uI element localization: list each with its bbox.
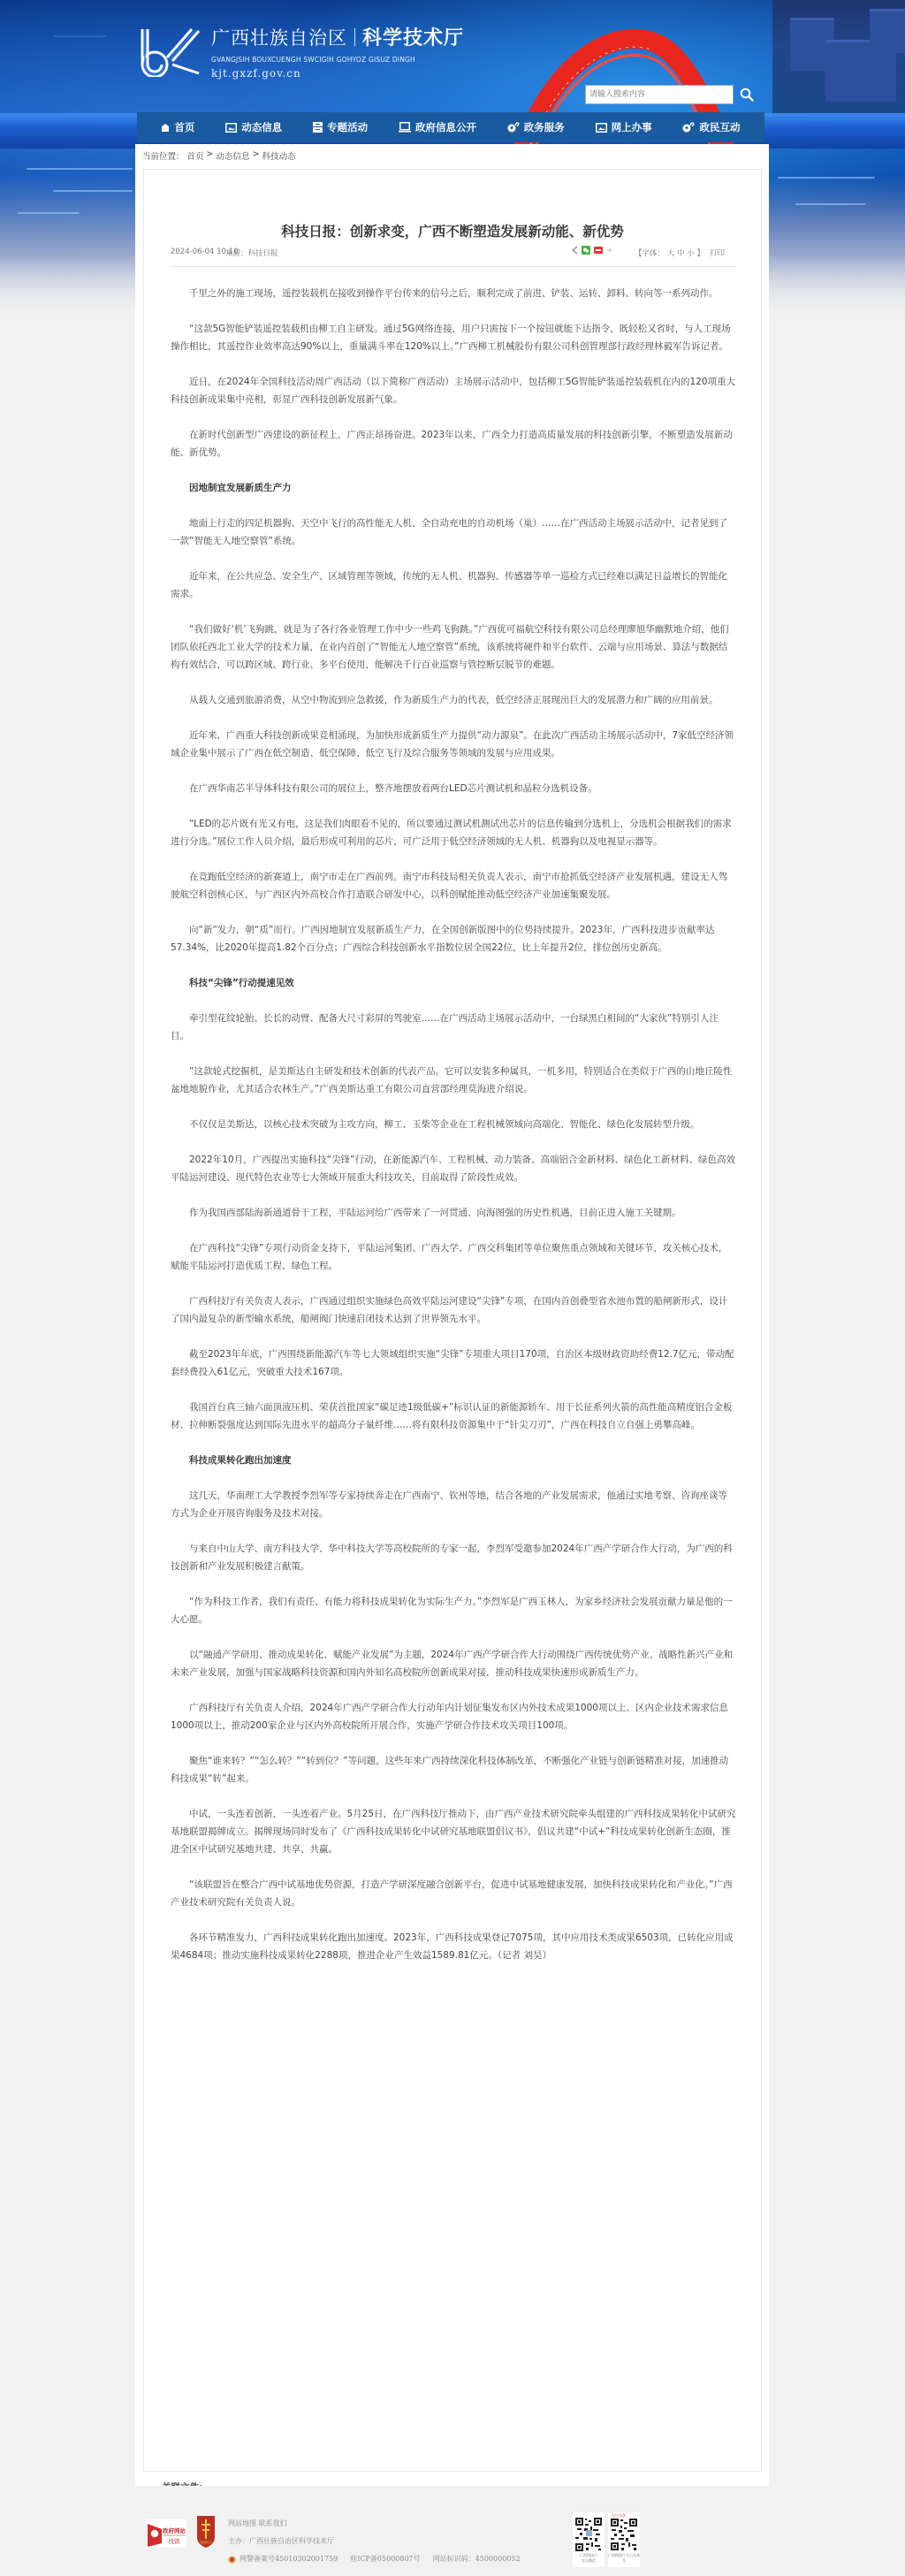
article-paragraph: 地面上行走的四足机器狗、天空中飞行的高性能无人机、全自动充电的自动机场（巢）……… — [171, 514, 736, 550]
breadcrumb-separator: > — [253, 149, 260, 162]
nav-item-interaction[interactable]: 政民互动 — [682, 120, 740, 134]
print-button[interactable]: 打印 — [710, 248, 725, 258]
nav-item-online-service[interactable]: 网上办事 — [596, 120, 652, 134]
article-container: 科技日报：创新求变，广西不断塑造发展新动能、新优势 2024-06-04 10:… — [143, 169, 762, 2472]
search-button[interactable] — [734, 85, 760, 104]
font-label: 【字体： — [635, 249, 665, 258]
breadcrumb: 当前位置： 首页 > 动态信息 > 科技动态 — [142, 149, 296, 162]
article-paragraph: 作为我国西部陆海新通道骨干工程，平陆运河给广西带来了一河贯通、向海图强的历史性机… — [171, 1204, 736, 1222]
sponsor-text: 主办：广西壮族自治区科学技术厅 — [228, 2533, 521, 2550]
party-emblem-icon: 党政机关 — [195, 2514, 217, 2549]
sitemap-link[interactable]: 网站地图 — [228, 2519, 256, 2527]
breadcrumb-prefix: 当前位置： — [142, 149, 185, 162]
article-paragraph: 千里之外的施工现场，遥控装载机在接收到操作平台传来的信号之后，顺利完成了前进、铲… — [171, 285, 736, 302]
article-paragraph: “该联盟旨在整合广西中试基地优势资源，打造产学研深度融合创新平台，促进中试基地健… — [171, 1876, 736, 1911]
svg-text:党政机关: 党政机关 — [200, 2540, 212, 2544]
font-label-close: 】 — [696, 249, 704, 258]
breadcrumb-home[interactable]: 首页 — [187, 149, 204, 162]
title-divider — [354, 28, 355, 46]
font-size-medium[interactable]: 中 — [677, 249, 685, 258]
qr-code-icon — [611, 2519, 637, 2550]
breadcrumb-separator: > — [207, 149, 214, 162]
article-body: 千里之外的施工现场，遥控装载机在接收到操作平台传来的信号之后，顺利完成了前进、铲… — [171, 285, 736, 1982]
qr-code-icon — [575, 2516, 602, 2551]
service-icon — [682, 122, 695, 133]
nav-item-home[interactable]: 首页 — [161, 120, 194, 134]
nav-item-news[interactable]: 动态信息 — [225, 120, 282, 134]
article-paragraph: 这几天，华南理工大学教授李烈军等专家持续奔走在广西南宁、钦州等地，结合各地的产业… — [171, 1487, 736, 1522]
search-icon — [740, 88, 754, 102]
article-paragraph: 近年来，在公共应急、安全生产、区域管理等领域，传统的无人机、机器狗、传感器等单一… — [171, 568, 736, 603]
article-paragraph: 近日，在2024年全国科技活动周广西活动（以下简称广西活动）主场展示活动中，包括… — [171, 373, 736, 408]
font-size-control: 【字体： 大 中 小 】 — [635, 248, 704, 258]
find-error-badge[interactable]: 政府网站 找错 — [145, 2519, 187, 2549]
site-url: kjt.gxzf.gov.cn — [211, 67, 464, 80]
site-id-text: 网站标识码：4500000052 — [433, 2550, 521, 2568]
main-panel: 当前位置： 首页 > 动态信息 > 科技动态 科技日报：创新求变，广西不断塑造发… — [135, 144, 769, 2486]
svg-text:找错: 找错 — [169, 2537, 181, 2545]
nav-item-label: 专题活动 — [327, 120, 368, 134]
wechat-icon[interactable] — [582, 246, 590, 255]
party-gov-badge[interactable]: 党政机关 — [195, 2514, 217, 2549]
article-paragraph: “这款5G智能铲装遥控装载机由柳工自主研发。通过5G网络连接，用户只需按下一个按… — [171, 320, 736, 355]
article-paragraph: 中试，一头连着创新，一头连着产业。5月25日，在广西科技厅推动下，由广西产业技术… — [171, 1805, 736, 1858]
contact-link[interactable]: 联系我们 — [259, 2519, 287, 2527]
svg-text:政府网站: 政府网站 — [163, 2526, 186, 2534]
nav-item-label: 网上办事 — [612, 120, 652, 134]
article-paragraph: 截至2023年年底，广西围绕新能源汽车等七大领域组织实施“尖锋”专项重大项目17… — [171, 1345, 736, 1381]
footer-info: 网站地图 联系我们 主办：广西壮族自治区科学技术厅 网警备案号450103020… — [228, 2515, 521, 2568]
article-paragraph: 不仅仅是美斯达，以核心技术突破为主攻方向，柳工、玉柴等企业在工程机械领域向高端化… — [171, 1116, 736, 1133]
nav-item-label: 首页 — [174, 120, 194, 134]
section-heading: 科技成果转化跑出加速度 — [171, 1452, 736, 1469]
article-paragraph: 2022年10月，广西提出实施科技“尖锋”行动，在新能源汽车、工程机械、动力装备… — [171, 1151, 736, 1186]
police-record-link[interactable]: 网警备案号45010302001759 — [240, 2550, 338, 2568]
qr-caption: 官方微信 — [573, 2558, 605, 2564]
article-paragraph: 在竞跑低空经济的新赛道上，南宁市走在广西前列。南宁市科技局相关负责人表示，南宁市… — [171, 868, 736, 903]
font-size-small[interactable]: 小 — [687, 249, 695, 258]
article-paragraph: 广西科技厅有关负责人表示，广西通过组织实施绿色高效平陆运河建设“尖锋”专项，在国… — [171, 1292, 736, 1328]
article-paragraph: 从载人交通到旅游消费，从空中物流到应急救援，作为新质生产力的代表，低空经济正展现… — [171, 691, 736, 709]
monitor-icon — [399, 122, 411, 133]
toutiao-qr-code: 今日头条 广西科技厅今日头条号 — [608, 2512, 640, 2567]
home-icon — [161, 123, 170, 133]
wechat-qr-code: 广西科技厅 官方微信 — [573, 2512, 605, 2567]
icp-link[interactable]: 桂ICP备05000807号 — [350, 2550, 420, 2568]
article-title: 科技日报：创新求变，广西不断塑造发展新动能、新优势 — [144, 221, 761, 240]
site-footer: 政府网站 找错 党政机关 网站地图 联系我们 主办：广西壮族自治区科学技术厅 网… — [0, 2486, 905, 2576]
article-paragraph: 与来自中山大学、南方科技大学、华中科技大学等高校院所的专家一起，李烈军受邀参加2… — [171, 1540, 736, 1575]
banner-buildings-image — [772, 0, 905, 115]
section-heading: 因地制宜发展新质生产力 — [171, 479, 736, 497]
folder-icon — [313, 122, 323, 133]
article-paragraph: 我国首台真三轴六面顶液压机、荣获首批国家“碳足迹1级低碳+”标识认证的新能源轿车… — [171, 1399, 736, 1434]
article-paragraph: 向“新”发力，朝“质”而行。广西因地制宜发展新质生产力，在全国创新版图中的位势持… — [171, 921, 736, 956]
article-paragraph: 近年来，广西重大科技创新成果竞相涌现，为加快形成新质生产力提供“动力源泉”。在此… — [171, 727, 736, 762]
article-paragraph: 在广西科技“尖锋”专项行动资金支持下，平陆运河集团、广西大学、广西交科集团等单位… — [171, 1239, 736, 1275]
site-subtitle-zhuang: GVANGJSIH BOUXCUENGH SWCIGIH GOHYOZ GISU… — [211, 56, 464, 64]
image-icon — [596, 123, 607, 133]
article-paragraph: 在新时代创新型广西建设的新征程上，广西正昂扬奋进。2023年以来，广西全力打造高… — [171, 426, 736, 461]
article-paragraph: “LED的芯片既有光又有电，这是我们肉眼看不见的，所以要通过测试机测试出芯片的信… — [171, 815, 736, 850]
article-paragraph: 在广西华南芯半导体科技有限公司的展位上，整齐地摆放着两台LED芯片测试机和晶粒分… — [171, 780, 736, 797]
breadcrumb-news[interactable]: 动态信息 — [217, 149, 250, 162]
share-bar — [571, 246, 613, 255]
article-paragraph: “这款轮式挖掘机，是美斯达自主研发和技术创新的代表产品。它可以安装多种属具，一机… — [171, 1063, 736, 1098]
nav-item-label: 政民互动 — [699, 120, 740, 134]
search-bar — [585, 85, 760, 104]
police-badge-icon — [228, 2556, 236, 2564]
article-paragraph: 各环节精准发力，广西科技成果转化跑出加速度。2023年，广西科技成果登记7075… — [171, 1929, 736, 1964]
article-meta: 2024-06-04 10:10 来源：科技日报 【字体： 大 中 小 】 打印 — [171, 248, 736, 267]
article-paragraph: “作为科技工作者，我们有责任、有能力将科技成果转化为实际生产力。”李烈军是广西玉… — [171, 1593, 736, 1628]
article-paragraph: 牵引型花纹轮胎、长长的动臂、配备大尺寸彩屏的驾驶室……在广西活动主场展示活动中，… — [171, 1010, 736, 1045]
more-share-icon[interactable] — [606, 247, 613, 254]
find-error-logo-icon: 政府网站 找错 — [146, 2519, 188, 2549]
article-paragraph: 聚焦“谁来转？”“怎么转？”“转到位？”等问题，这些年来广西持续深化科技体制改革… — [171, 1752, 736, 1787]
nav-item-services[interactable]: 政务服务 — [507, 120, 565, 134]
article-paragraph: “我们做好‘机’飞狗跳，就是为了各行各业管理工作中少一些鸡飞狗跳。”广西优可福航… — [171, 621, 736, 674]
article-paragraph: 广西科技厅有关负责人介绍，2024年广西产学研合作大行动年内计划征集发布区内外技… — [171, 1699, 736, 1734]
site-title-region: 广西壮族自治区 — [211, 24, 347, 50]
nav-item-label: 政府信息公开 — [415, 120, 476, 134]
weibo-icon[interactable] — [594, 247, 603, 254]
article-paragraph: 以“融通产学研用、推动成果转化、赋能产业发展”为主题，2024年广西产学研合作大… — [171, 1646, 736, 1681]
image-icon — [225, 123, 237, 133]
site-title-dept: 科学技术厅 — [362, 23, 464, 50]
nav-item-gov-info[interactable]: 政府信息公开 — [399, 120, 476, 134]
site-logo[interactable]: 广西壮族自治区 科学技术厅 GVANGJSIH BOUXCUENGH SWCIG… — [137, 23, 464, 80]
breadcrumb-tech-news[interactable]: 科技动态 — [262, 149, 295, 162]
service-icon — [507, 122, 520, 133]
kjt-logo-icon — [137, 26, 204, 77]
share-icon[interactable] — [571, 246, 578, 255]
section-heading: 科技“尖锋”行动提速见效 — [171, 974, 736, 992]
main-nav: 首页 动态信息 专题活动 政府信息公开 政务服务 网上办事 政民互动 — [137, 112, 764, 142]
font-size-large[interactable]: 大 — [667, 249, 675, 258]
search-input[interactable] — [585, 85, 734, 104]
qr-caption: 广西科技厅今日头条号 — [608, 2553, 640, 2564]
nav-item-topics[interactable]: 专题活动 — [313, 120, 368, 134]
article-source: 来源：科技日报 — [225, 248, 278, 258]
nav-item-label: 政务服务 — [524, 120, 565, 134]
nav-item-label: 动态信息 — [241, 120, 282, 134]
